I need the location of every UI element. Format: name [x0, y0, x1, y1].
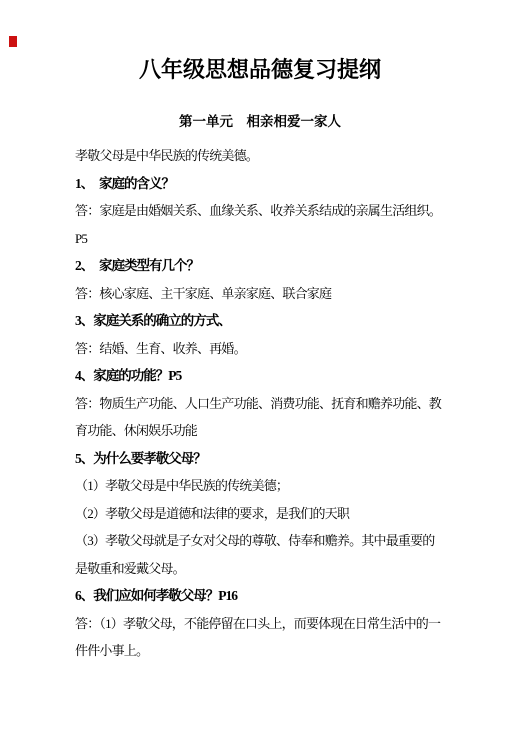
question-heading: 3、家庭关系的确立的方式、 — [75, 307, 447, 335]
question-heading: 1、 家庭的含义？ — [75, 170, 447, 198]
document-page: 八年级思想品德复习提纲 第一单元 相亲相爱一家人 孝敬父母是中华民族的传统美德。… — [0, 0, 520, 737]
answer-line: （2）孝敬父母是道德和法律的要求，是我们的天职 — [75, 500, 447, 528]
question-heading: 6、我们应如何孝敬父母？P16 — [75, 582, 447, 610]
document-title: 八年级思想品德复习提纲 — [0, 55, 520, 85]
answer-line: 答：家庭是由婚姻关系、血缘关系、收养关系结成的亲属生活组织。 — [75, 197, 447, 225]
answer-line: 是敬重和爱戴父母。 — [75, 555, 447, 583]
answer-line: （3）孝敬父母就是子女对父母的尊敬、侍奉和赡养。其中最重要的 — [75, 527, 447, 555]
document-body: 孝敬父母是中华民族的传统美德。 1、 家庭的含义？ 答：家庭是由婚姻关系、血缘关… — [75, 142, 447, 665]
red-corner-marker — [9, 36, 17, 47]
unit-heading: 第一单元 相亲相爱一家人 — [0, 112, 520, 132]
question-heading: 4、家庭的功能？P5 — [75, 362, 447, 390]
answer-line: 答：结婚、生育、收养、再婚。 — [75, 335, 447, 363]
answer-line: 答：物质生产功能、人口生产功能、消费功能、抚育和赡养功能、教 — [75, 390, 447, 418]
answer-line: 育功能、休闲娱乐功能 — [75, 417, 447, 445]
answer-line: 答：（1）孝敬父母，不能停留在口头上，而要体现在日常生活中的一 — [75, 610, 447, 638]
answer-line: （1）孝敬父母是中华民族的传统美德； — [75, 472, 447, 500]
page-reference: P5 — [75, 225, 447, 253]
question-heading: 2、 家庭类型有几个？ — [75, 252, 447, 280]
answer-line: 件件小事上。 — [75, 637, 447, 665]
question-heading: 5、为什么要孝敬父母？ — [75, 445, 447, 473]
answer-line: 答：核心家庭、主干家庭、单亲家庭、联合家庭 — [75, 280, 447, 308]
intro-line: 孝敬父母是中华民族的传统美德。 — [75, 142, 447, 170]
